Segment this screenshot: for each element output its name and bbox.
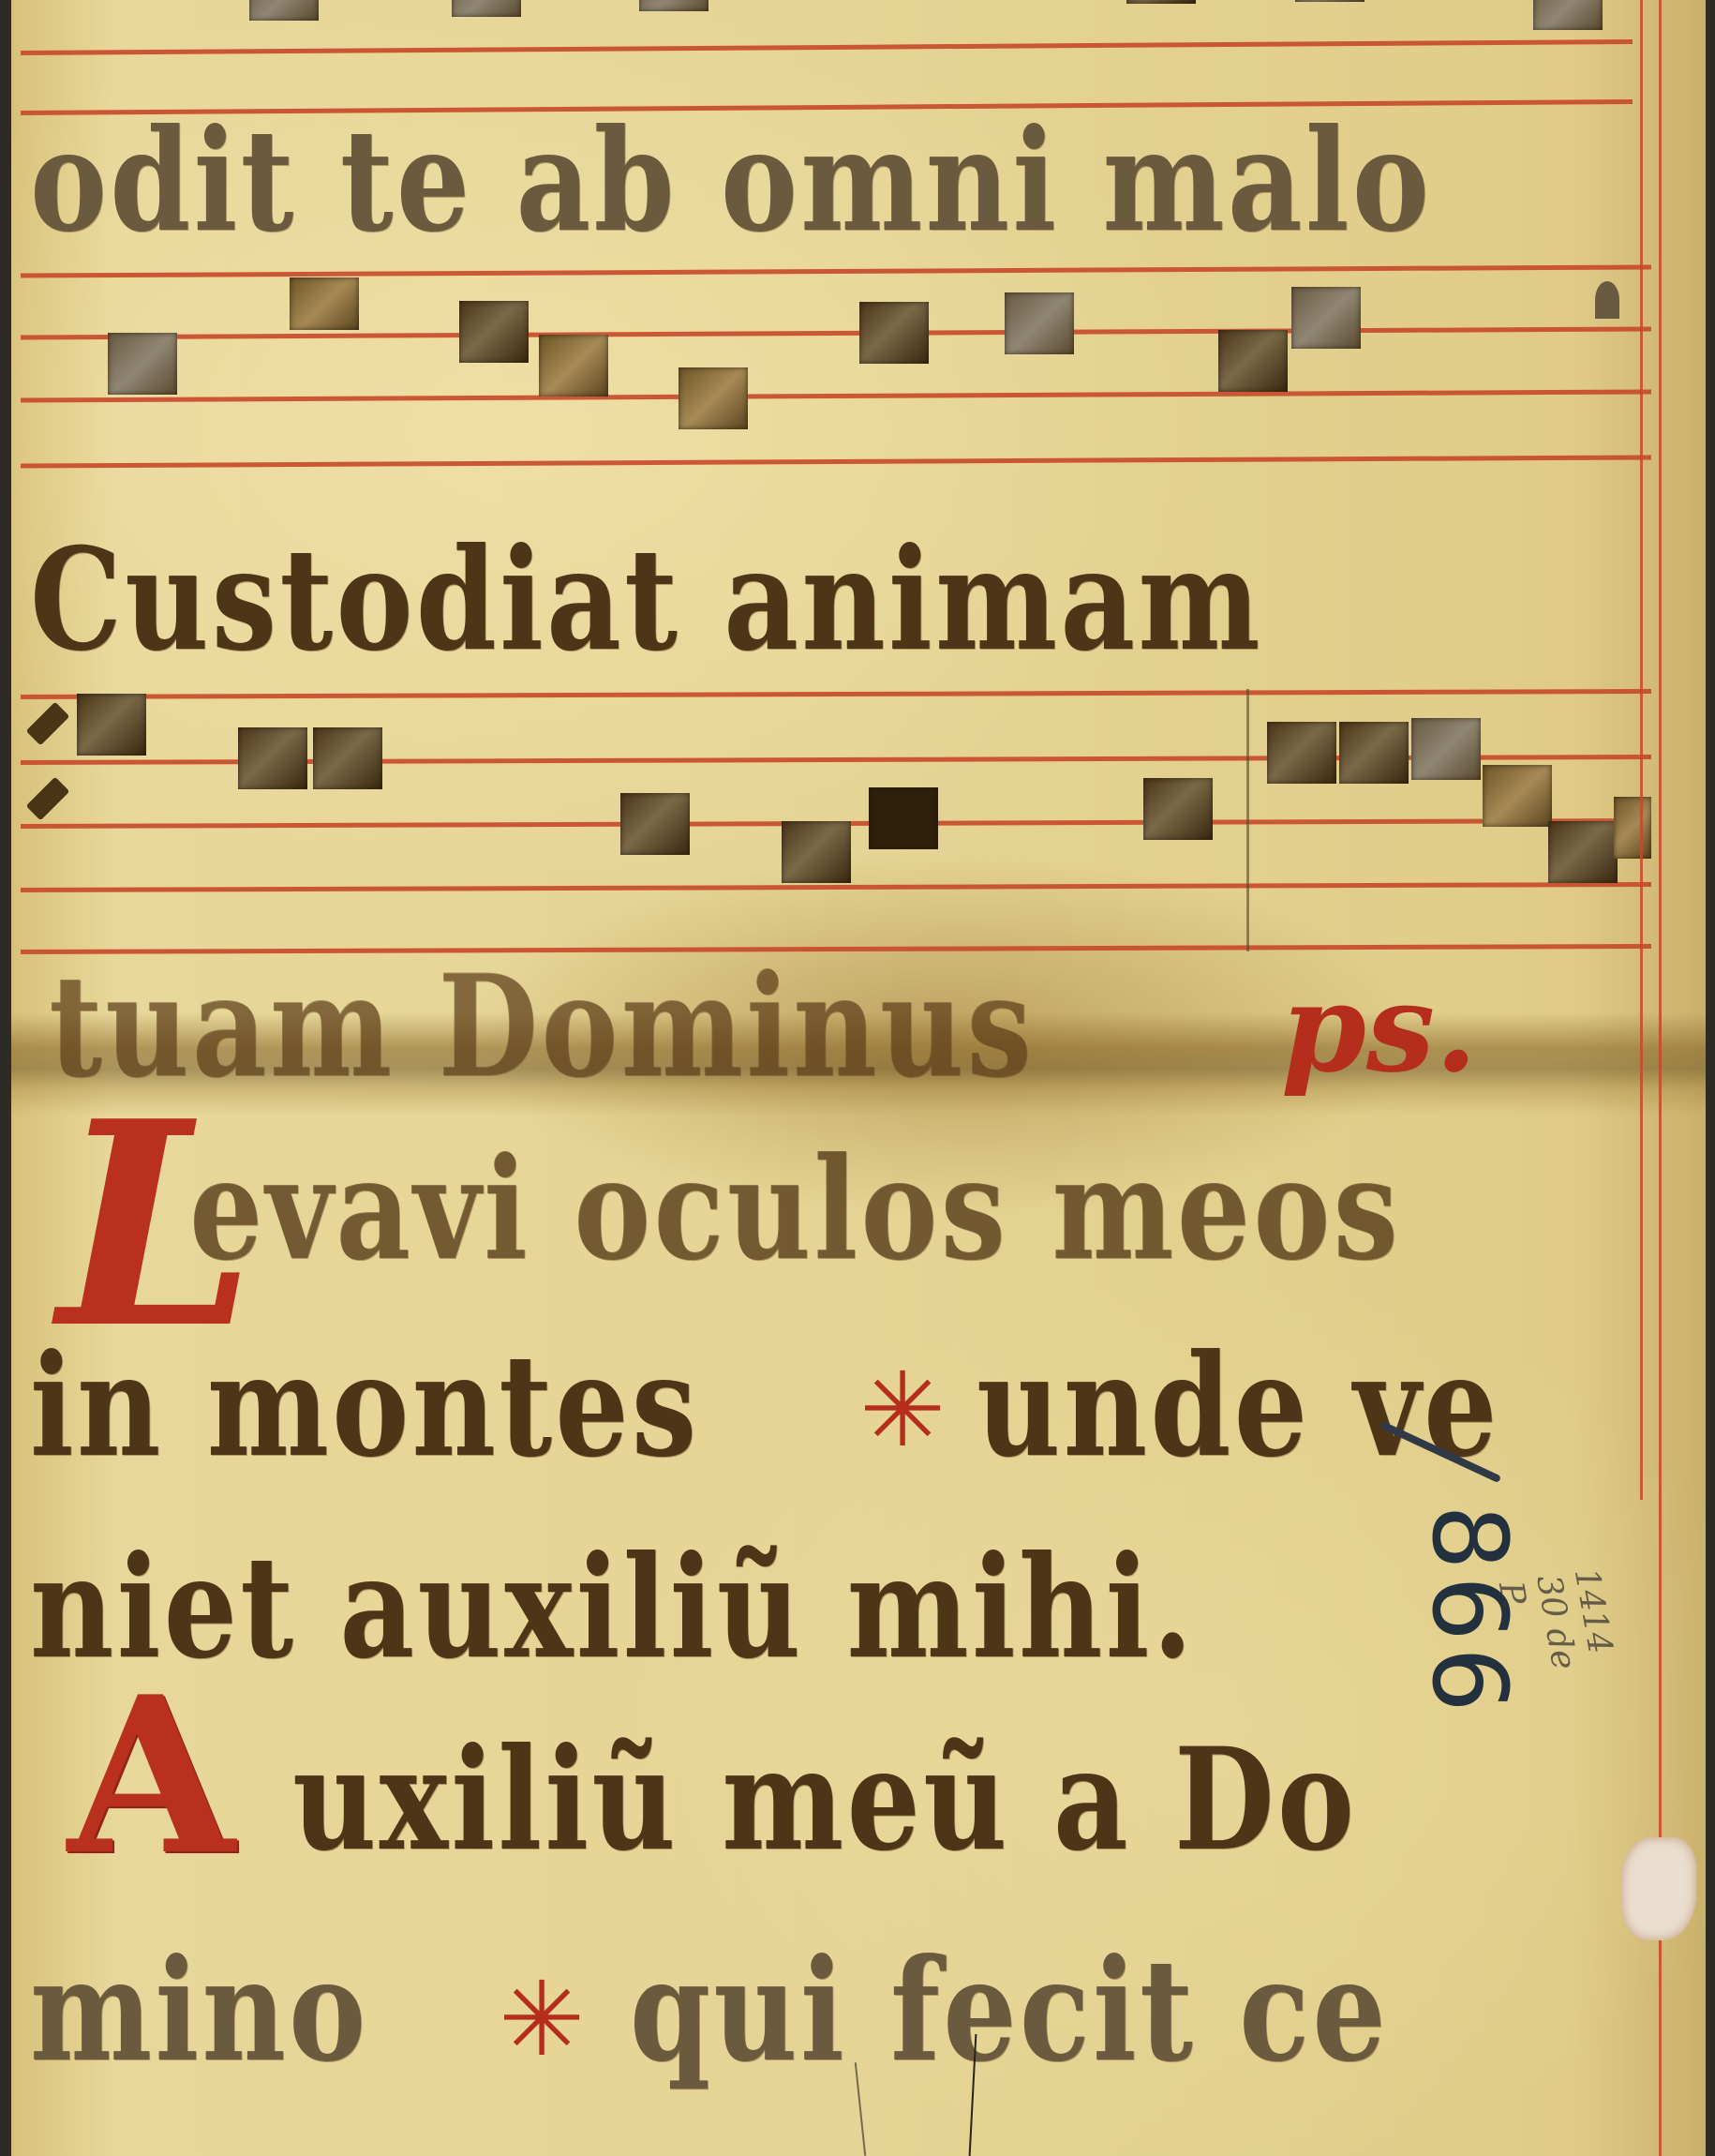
neume-punctum xyxy=(313,727,382,789)
lyric-line-7: uxiliũ meũ a Do xyxy=(292,1729,1357,1870)
lyric-line-5a: in montes xyxy=(30,1336,699,1476)
staff-line xyxy=(21,389,1651,402)
neume-punctum xyxy=(1005,292,1074,354)
lyric-line-8a: mino xyxy=(30,1940,368,2081)
manuscript-page: odit te ab omni malo Custodiat animam xyxy=(11,0,1706,2156)
lyric-line-1: odit te ab omni malo xyxy=(30,111,1432,251)
margin-rule xyxy=(1659,0,1662,2156)
neume-punctum xyxy=(620,793,690,855)
neume-punctum xyxy=(249,0,319,21)
neume-punctum xyxy=(1291,287,1361,349)
neume-punctum xyxy=(1411,718,1481,780)
staff-line xyxy=(21,455,1651,468)
decorated-initial-A: A xyxy=(67,1650,234,1903)
margin-rule xyxy=(1640,0,1643,1500)
neume-punctum xyxy=(1533,0,1603,30)
neume-punctum xyxy=(1267,722,1336,784)
neume-punctum xyxy=(1339,722,1409,784)
lyric-line-5b: unde ve xyxy=(977,1336,1500,1476)
neume-punctum xyxy=(290,277,359,330)
lyric-line-2: Custodiat animam xyxy=(30,530,1263,670)
staff-line xyxy=(21,39,1633,55)
neume-punctum xyxy=(452,0,521,17)
neume-punctum xyxy=(1548,821,1618,883)
verse-asterisk-icon: ✳ xyxy=(499,1959,585,2079)
verse-asterisk-icon: ✳ xyxy=(859,1350,946,1470)
parchment-damage xyxy=(1621,1837,1696,1940)
neume-punctum xyxy=(1126,0,1196,4)
neume-punctum xyxy=(869,787,938,849)
psalm-rubric: ps. xyxy=(1281,956,1477,1100)
pencil-annotation: 1414 30 de P. xyxy=(1491,1565,1622,1685)
lyric-line-8b: qui fecit ce xyxy=(630,1940,1389,2081)
divisio-bar xyxy=(1246,689,1249,951)
neume-punctum xyxy=(459,301,529,363)
neume-punctum xyxy=(539,335,608,397)
neume-punctum xyxy=(679,367,748,429)
clef-icon xyxy=(26,777,70,821)
staff-line xyxy=(21,326,1651,339)
neume-punctum xyxy=(108,333,177,395)
custos-icon xyxy=(1595,281,1619,319)
neume-punctum xyxy=(1143,778,1213,840)
neume-punctum xyxy=(1483,765,1552,827)
neume-punctum xyxy=(1614,797,1651,859)
staff-line xyxy=(21,689,1651,699)
neume-punctum xyxy=(238,727,307,789)
clef-icon xyxy=(26,702,70,746)
neume-punctum xyxy=(639,0,708,11)
neume-punctum xyxy=(1295,0,1365,2)
neume-punctum xyxy=(859,302,929,364)
staff-line xyxy=(21,882,1651,892)
neume-punctum xyxy=(77,694,146,756)
lyric-line-4: evavi oculos meos xyxy=(189,1139,1401,1280)
neume-punctum xyxy=(1218,330,1288,392)
neume-punctum xyxy=(782,821,851,883)
staff-line xyxy=(21,264,1651,277)
